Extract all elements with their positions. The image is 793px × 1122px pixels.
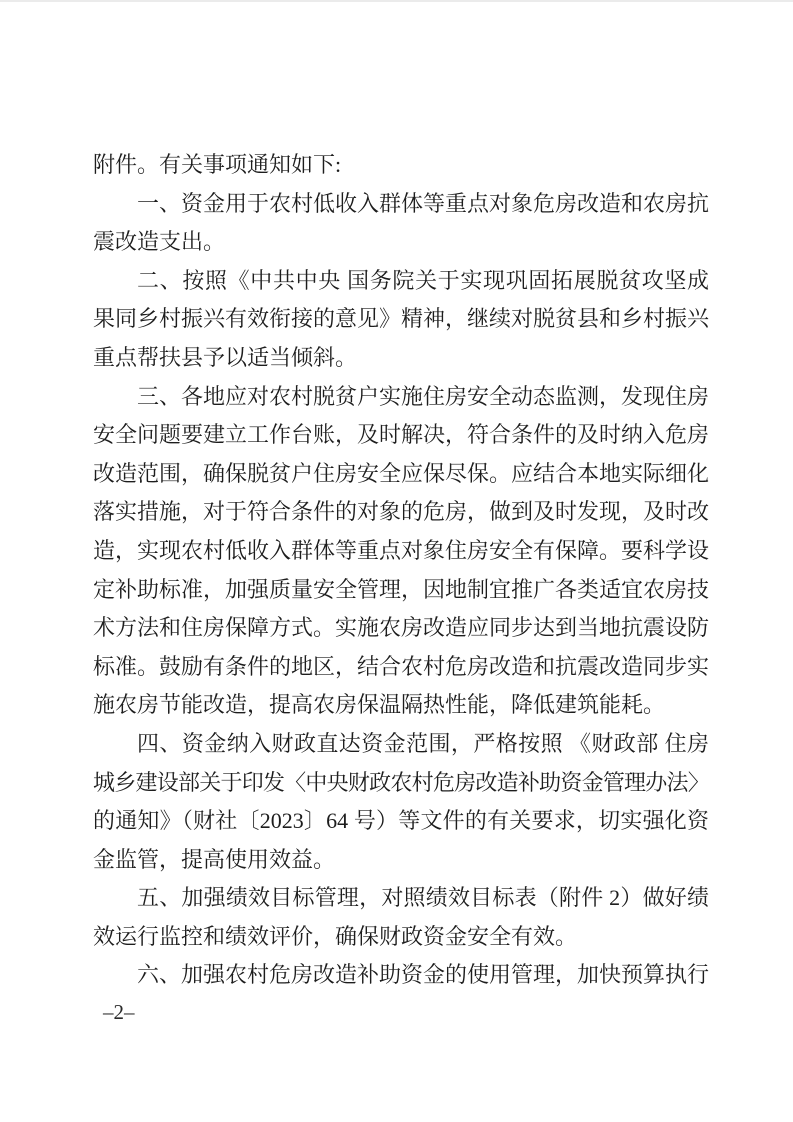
page-top-edge: [0, 0, 793, 2]
document-body: 附件。有关事项通知如下: 一、资金用于农村低收入群体等重点对象危房改造和农房抗 …: [93, 146, 709, 995]
text-line: 重点帮扶县予以适当倾斜。: [93, 339, 709, 378]
page-number: –2–: [103, 998, 135, 1026]
text-line: 金监管，提高使用效益。: [93, 841, 709, 880]
text-line: 安全问题要建立工作台账，及时解决，符合条件的及时纳入危房: [93, 416, 709, 455]
text-line: 六、加强农村危房改造补助资金的使用管理，加快预算执行: [93, 956, 709, 995]
text-line: 的通知》（财社〔2023〕64 号）等文件的有关要求，切实强化资: [93, 802, 709, 841]
text-line: 震改造支出。: [93, 223, 709, 262]
text-line: 二、按照《中共中央 国务院关于实现巩固拓展脱贫攻坚成: [93, 262, 709, 301]
text-line: 五、加强绩效目标管理，对照绩效目标表（附件 2）做好绩: [93, 879, 709, 918]
text-line: 三、各地应对农村脱贫户实施住房安全动态监测，发现住房: [93, 378, 709, 417]
text-line: 造，实现农村低收入群体等重点对象住房安全有保障。要科学设: [93, 532, 709, 571]
text-line: 落实措施，对于符合条件的对象的危房，做到及时发现，及时改: [93, 493, 709, 532]
text-line: 果同乡村振兴有效衔接的意见》精神，继续对脱贫县和乡村振兴: [93, 300, 709, 339]
text-line: 标准。鼓励有条件的地区，结合农村危房改造和抗震改造同步实: [93, 648, 709, 687]
text-line: 城乡建设部关于印发〈中央财政农村危房改造补助资金管理办法〉: [93, 764, 709, 803]
document-page: 附件。有关事项通知如下: 一、资金用于农村低收入群体等重点对象危房改造和农房抗 …: [0, 0, 793, 1122]
text-line: 效运行监控和绩效评价，确保财政资金安全有效。: [93, 918, 709, 957]
text-line: 一、资金用于农村低收入群体等重点对象危房改造和农房抗: [93, 185, 709, 224]
text-line: 四、资金纳入财政直达资金范围，严格按照 《财政部 住房: [93, 725, 709, 764]
text-line: 施农房节能改造，提高农房保温隔热性能，降低建筑能耗。: [93, 686, 709, 725]
text-line: 定补助标准，加强质量安全管理，因地制宜推广各类适宜农房技: [93, 571, 709, 610]
text-line: 改造范围，确保脱贫户住房安全应保尽保。应结合本地实际细化: [93, 455, 709, 494]
text-line: 附件。有关事项通知如下:: [93, 146, 709, 185]
text-line: 术方法和住房保障方式。实施农房改造应同步达到当地抗震设防: [93, 609, 709, 648]
